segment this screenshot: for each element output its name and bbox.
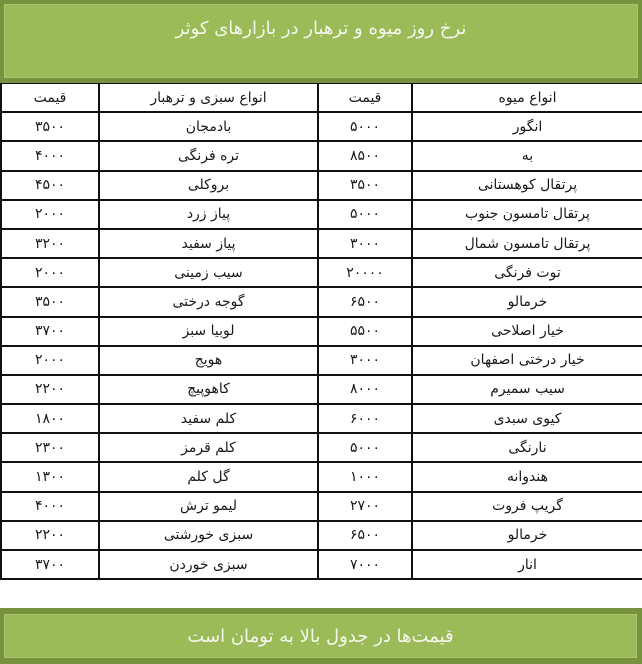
fruit-name-cell: پرتقال تامسون جنوب: [412, 200, 642, 229]
fruit-price-cell: ۵۰۰۰: [318, 112, 412, 141]
fruit-name-cell: خیار درختی اصفهان: [412, 346, 642, 375]
fruit-price-cell: ۳۵۰۰: [318, 171, 412, 200]
fruit-price-cell: ۸۵۰۰: [318, 141, 412, 170]
vegetable-price-cell: ۲۰۰۰: [1, 200, 99, 229]
fruit-name-cell: توت فرنگی: [412, 258, 642, 287]
fruit-name-cell: پرتقال کوهستانی: [412, 171, 642, 200]
table-row: نارنگی۵۰۰۰کلم قرمز۲۳۰۰: [1, 433, 642, 462]
vegetable-price-cell: ۳۵۰۰: [1, 287, 99, 316]
title-panel: نرخ روز میوه و ترهبار در بازارهای کوثر: [4, 4, 638, 78]
vegetable-price-cell: ۳۵۰۰: [1, 112, 99, 141]
fruit-name-cell: گریپ فروت: [412, 492, 642, 521]
vegetable-name-cell: لیمو ترش: [99, 492, 318, 521]
fruit-price-cell: ۵۰۰۰: [318, 200, 412, 229]
table-row: خیار درختی اصفهان۳۰۰۰هویج۲۰۰۰: [1, 346, 642, 375]
vegetable-name-cell: تره فرنگی: [99, 141, 318, 170]
table-row: خیار اصلاحی۵۵۰۰لوبیا سبز۳۷۰۰: [1, 317, 642, 346]
table-row: خرمالو۶۵۰۰سبزی خورشتی۲۲۰۰: [1, 521, 642, 550]
vegetable-name-cell: لوبیا سبز: [99, 317, 318, 346]
fruit-price-cell: ۶۰۰۰: [318, 404, 412, 433]
vegetable-name-cell: بادمجان: [99, 112, 318, 141]
vegetable-name-cell: سبزی خورشتی: [99, 521, 318, 550]
fruit-name-cell: خرمالو: [412, 287, 642, 316]
fruit-price-cell: ۳۰۰۰: [318, 346, 412, 375]
fruit-price-cell: ۶۵۰۰: [318, 521, 412, 550]
vegetable-price-cell: ۲۰۰۰: [1, 346, 99, 375]
vegetable-name-cell: کاهوپیچ: [99, 375, 318, 404]
vegetable-name-cell: گل کلم: [99, 462, 318, 491]
table-row: سیب سمیرم۸۰۰۰کاهوپیچ۲۲۰۰: [1, 375, 642, 404]
vegetable-price-cell: ۳۷۰۰: [1, 550, 99, 579]
table-header-row: انواع میوه قیمت انواع سبزی و ترهبار قیمت: [1, 84, 642, 113]
vegetable-price-cell: ۱۳۰۰: [1, 462, 99, 491]
table-row: به۸۵۰۰تره فرنگی۴۰۰۰: [1, 141, 642, 170]
fruit-name-cell: پرتقال تامسون شمال: [412, 229, 642, 258]
fruit-price-cell: ۵۰۰۰: [318, 433, 412, 462]
title-banner: نرخ روز میوه و ترهبار در بازارهای کوثر: [0, 0, 642, 83]
fruit-price-cell: ۷۰۰۰: [318, 550, 412, 579]
vegetable-price-cell: ۳۷۰۰: [1, 317, 99, 346]
fruit-price-cell: ۵۵۰۰: [318, 317, 412, 346]
price-table: انواع میوه قیمت انواع سبزی و ترهبار قیمت…: [0, 83, 642, 580]
vegetable-name-cell: هویج: [99, 346, 318, 375]
vegetable-name-cell: پیاز سفید: [99, 229, 318, 258]
vegetable-price-cell: ۲۲۰۰: [1, 521, 99, 550]
fruit-name-cell: هندوانه: [412, 462, 642, 491]
fruit-name-cell: انگور: [412, 112, 642, 141]
footer-banner: قیمت‌ها در جدول بالا به تومان است: [0, 608, 642, 664]
fruit-price-cell: ۸۰۰۰: [318, 375, 412, 404]
table-row: پرتقال تامسون شمال۳۰۰۰پیاز سفید۳۲۰۰: [1, 229, 642, 258]
table-row: انار۷۰۰۰سبزی خوردن۳۷۰۰: [1, 550, 642, 579]
table-row: گریپ فروت۲۷۰۰لیمو ترش۴۰۰۰: [1, 492, 642, 521]
column-header-fruit: انواع میوه: [412, 84, 642, 113]
vegetable-price-cell: ۲۰۰۰: [1, 258, 99, 287]
column-header-vegetable: انواع سبزی و ترهبار: [99, 84, 318, 113]
vegetable-name-cell: کلم قرمز: [99, 433, 318, 462]
vegetable-name-cell: سبزی خوردن: [99, 550, 318, 579]
vegetable-price-cell: ۴۰۰۰: [1, 492, 99, 521]
table-row: خرمالو۶۵۰۰گوجه درختی۳۵۰۰: [1, 287, 642, 316]
table-row: پرتقال تامسون جنوب۵۰۰۰پیاز زرد۲۰۰۰: [1, 200, 642, 229]
vegetable-name-cell: کلم سفید: [99, 404, 318, 433]
fruit-name-cell: کیوی سبدی: [412, 404, 642, 433]
column-header-vegetable-price: قیمت: [1, 84, 99, 113]
fruit-price-cell: ۶۵۰۰: [318, 287, 412, 316]
fruit-price-cell: ۲۰۰۰۰: [318, 258, 412, 287]
fruit-price-cell: ۱۰۰۰: [318, 462, 412, 491]
currency-note: قیمت‌ها در جدول بالا به تومان است: [187, 626, 453, 647]
vegetable-name-cell: پیاز زرد: [99, 200, 318, 229]
fruit-price-cell: ۳۰۰۰: [318, 229, 412, 258]
fruit-name-cell: سیب سمیرم: [412, 375, 642, 404]
vegetable-price-cell: ۳۲۰۰: [1, 229, 99, 258]
vegetable-price-cell: ۴۵۰۰: [1, 171, 99, 200]
vegetable-name-cell: بروکلی: [99, 171, 318, 200]
column-header-fruit-price: قیمت: [318, 84, 412, 113]
fruit-price-cell: ۲۷۰۰: [318, 492, 412, 521]
fruit-name-cell: به: [412, 141, 642, 170]
vegetable-price-cell: ۲۳۰۰: [1, 433, 99, 462]
vegetable-price-cell: ۲۲۰۰: [1, 375, 99, 404]
fruit-name-cell: نارنگی: [412, 433, 642, 462]
table-row: پرتقال کوهستانی۳۵۰۰بروکلی۴۵۰۰: [1, 171, 642, 200]
fruit-name-cell: خرمالو: [412, 521, 642, 550]
table-row: کیوی سبدی۶۰۰۰کلم سفید۱۸۰۰: [1, 404, 642, 433]
fruit-name-cell: خیار اصلاحی: [412, 317, 642, 346]
price-table-body: انواع میوه قیمت انواع سبزی و ترهبار قیمت…: [1, 84, 642, 580]
footer-panel: قیمت‌ها در جدول بالا به تومان است: [4, 614, 637, 658]
table-row: انگور۵۰۰۰بادمجان۳۵۰۰: [1, 112, 642, 141]
table-row: هندوانه۱۰۰۰گل کلم۱۳۰۰: [1, 462, 642, 491]
vegetable-price-cell: ۴۰۰۰: [1, 141, 99, 170]
vegetable-price-cell: ۱۸۰۰: [1, 404, 99, 433]
fruit-name-cell: انار: [412, 550, 642, 579]
vegetable-name-cell: سیب زمینی: [99, 258, 318, 287]
vegetable-name-cell: گوجه درختی: [99, 287, 318, 316]
page-title: نرخ روز میوه و ترهبار در بازارهای کوثر: [176, 18, 467, 39]
table-row: توت فرنگی۲۰۰۰۰سیب زمینی۲۰۰۰: [1, 258, 642, 287]
